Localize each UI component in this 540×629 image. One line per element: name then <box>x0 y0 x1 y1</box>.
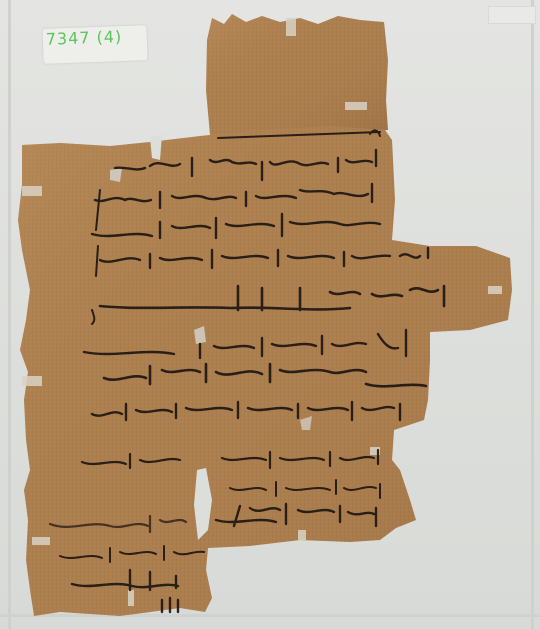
catalogue-number: 7347 (4) <box>45 27 122 49</box>
papyrus-photo: 7347 (4) <box>0 0 540 629</box>
upper-fragment <box>206 14 388 135</box>
papyrus-fragments <box>0 0 540 629</box>
catalogue-label: 7347 (4) <box>42 25 147 64</box>
main-fragment <box>18 126 512 616</box>
